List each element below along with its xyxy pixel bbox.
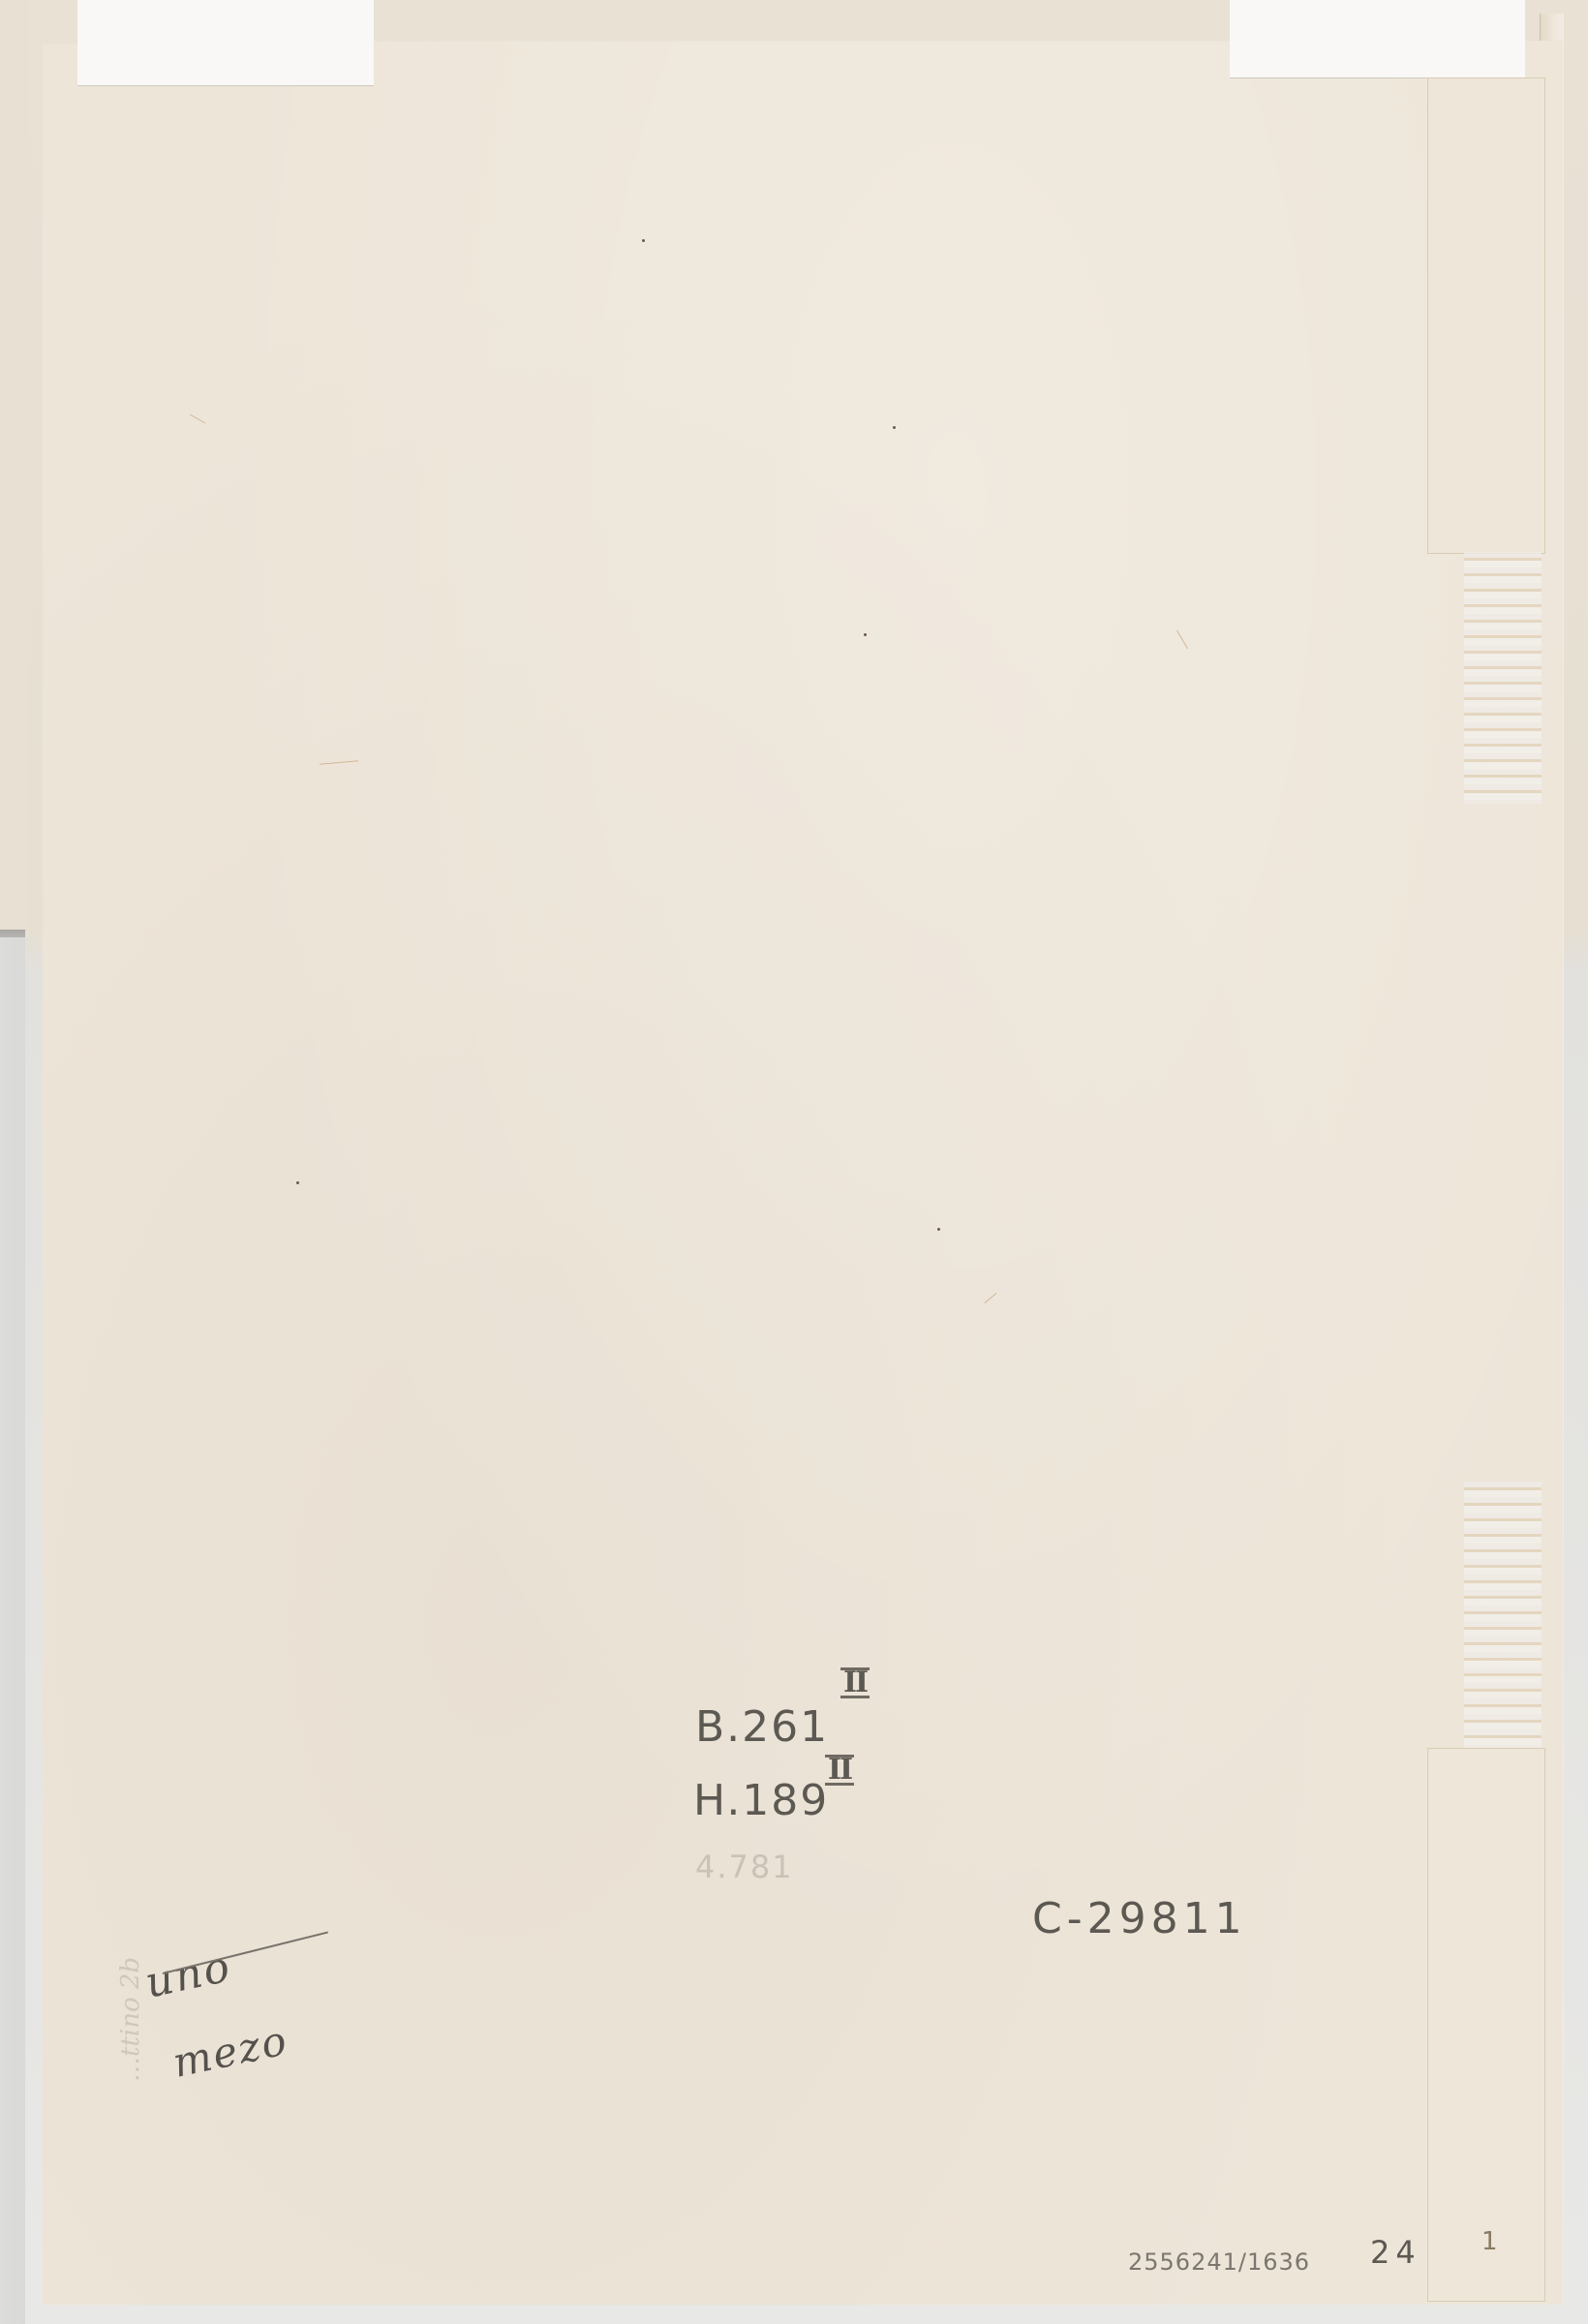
- erased-note: 4.781: [695, 1851, 794, 1882]
- paper-speck: [937, 1228, 940, 1231]
- state-numeral-b: II: [840, 1667, 870, 1698]
- backing-board-lower: [0, 937, 25, 2324]
- hinge-strip-lower: [1427, 1748, 1545, 2302]
- corner-mark: 1: [1481, 2227, 1498, 2256]
- vertical-margin-note: …ttino 2b: [116, 1957, 145, 2082]
- page-number: 24: [1370, 2234, 1421, 2271]
- paper-speck: [642, 239, 645, 242]
- collection-number: C-29811: [1032, 1898, 1247, 1941]
- paper-sheet-verso: [43, 41, 1563, 2305]
- paper-speck: [864, 633, 867, 636]
- backing-board-upper: [0, 0, 29, 937]
- bartsch-reference: B.261: [695, 1706, 829, 1749]
- hind-reference: H.189: [693, 1780, 829, 1822]
- state-numeral-h: II: [825, 1755, 854, 1786]
- hinge-tape-top-left: [77, 0, 374, 86]
- hinge-strip-upper: [1427, 77, 1545, 554]
- torn-hinge-residue-lower: [1464, 1482, 1542, 1748]
- torn-hinge-residue-upper: [1464, 552, 1542, 804]
- paper-speck: [296, 1181, 299, 1184]
- paper-speck: [893, 426, 896, 429]
- catalog-number: 2556241/1636: [1128, 2248, 1310, 2276]
- hinge-tape-top-right: [1230, 0, 1525, 78]
